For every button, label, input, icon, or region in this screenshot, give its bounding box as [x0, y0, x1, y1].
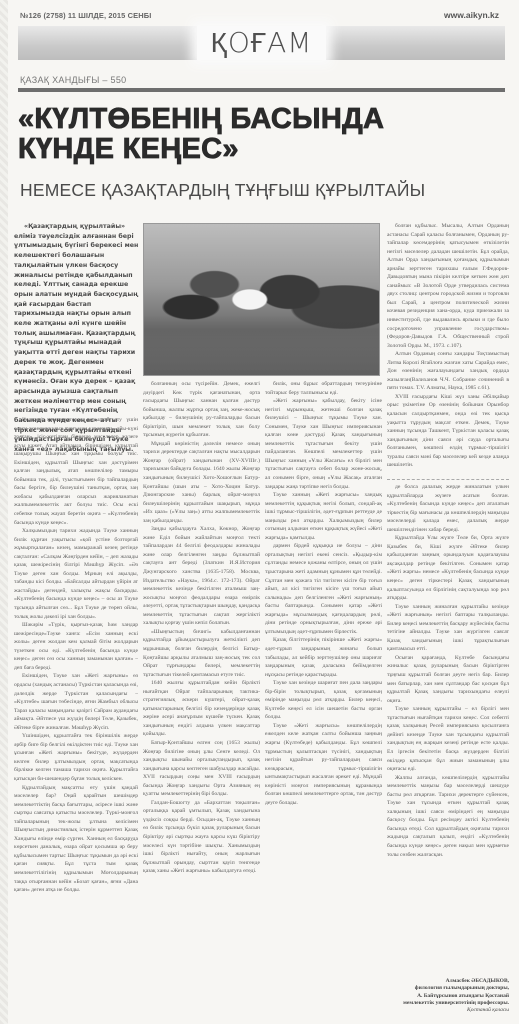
author-city: Қостанай қаласы	[349, 1007, 509, 1014]
paragraph: Жалпы алғанда, көшпелілердің құрылтайы м…	[387, 774, 509, 859]
paragraph: болғанның осы түсірейін. Демек, ежелгі д…	[143, 380, 260, 440]
text-column-1: Көшпелі мемлекеттерде құрылтай өту үшін …	[14, 416, 138, 1014]
author-degree: филология ғылымдарының докторы,	[349, 985, 509, 992]
issue-info: №126 (2758) 11 ШІЛДЕ, 2015 СЕНБІ	[20, 11, 151, 20]
author-position: А. Байтұрсынов атындағы Қостанай	[349, 993, 509, 1000]
paragraph: Шәкәрім «Түрік, қырғыз-қазақ һәм хандар …	[14, 621, 138, 672]
section-title: ҚОҒАМ	[197, 26, 327, 60]
page-header: №126 (2758) 11 ШІЛДЕ, 2015 СЕНБІ www.aik…	[20, 8, 499, 22]
rubric-label: ҚАЗАҚ ХАНДЫҒЫ – 550	[20, 75, 126, 85]
paragraph: Батыр-Қонтайшы өлген соң (1653 жылы) Жоң…	[143, 739, 260, 799]
battle-painting-image	[143, 223, 380, 376]
paragraph: Екіншіден, Тәуке хан «Жеті жарғыны» өз о…	[14, 672, 138, 732]
paragraph: Тәуке «Жеті жарғысы» көшпелілердің ежелд…	[265, 722, 382, 807]
text-column-4-bottom: де болса далалық жерде жиналатын үлкен қ…	[387, 483, 509, 965]
paragraph: Галдан-Бошогту да «Бархаттан тоқылған» о…	[143, 799, 260, 876]
paragraph: Алтын Орданың сонғы хандары Тоқтамыстың …	[387, 350, 509, 393]
paragraph: Тәуке ханның жиналған құрылтайы кезінде …	[387, 603, 509, 654]
text-column-4-top: болған құбылыс. Мысалы, Алтын Орданың ас…	[387, 222, 509, 477]
paragraph: Тәуке ханның құрылтайы – ел бірлігі мен …	[387, 705, 509, 773]
paragraph: билік, оны бұрыс обраттардың тегеурініне…	[265, 380, 382, 397]
left-border-ornament	[0, 0, 8, 1024]
paragraph: Үшіншіден, құрылтайға тек біріншілік жер…	[14, 732, 138, 783]
paragraph: Тәуке ханның «Жеті жарғысы» хандық мемле…	[265, 491, 382, 542]
rubric-rule	[18, 88, 505, 92]
paragraph: Құрылтайда Ұлы жүзге Төле би, Орта жүзге…	[387, 534, 509, 602]
paragraph: Халқымыздың тарихи жадында Тәуке ханның …	[14, 527, 138, 621]
paragraph: Көшпелі мемлекеттерде құрылтай өту үшін …	[14, 416, 138, 527]
text-column-2: болғанның осы түсірейін. Демек, ежелгі д…	[143, 380, 260, 1014]
paragraph: де болса далалық жерде жиналатын үлкен қ…	[387, 483, 509, 534]
paragraph: Заңды қабылдауға Халха, Көкнор, Жоңғар ж…	[143, 525, 260, 628]
paragraph: Мұндай көріністің дәлелін немесе оның та…	[143, 440, 260, 525]
section-band: ҚОҒАМ	[18, 26, 505, 60]
article-headline: «КҮЛТӨБЕНІҢ БАСЫНДА КҮНДЕ КЕҢЕС»	[18, 104, 458, 164]
text-column-3: билік, оны бұрыс обраттардың тегеурініне…	[265, 380, 382, 1014]
column-divider	[387, 479, 509, 480]
paragraph: «Жеті жарғыны» қабылдау, бекіту ісіне не…	[265, 397, 382, 491]
paragraph: Қазақ білгіттерінің пікірінше «Жеті жарғ…	[265, 636, 382, 679]
paragraph: Осыған қарағанда, Күлтөбе басындағы жина…	[387, 654, 509, 705]
website-link[interactable]: www.aikyn.kz	[444, 10, 499, 20]
paragraph: Құрылтайдың мақсатты өту үшін қандай мәс…	[14, 784, 138, 895]
paragraph: XVIII ғасырдағы Кіші жүз ханы Әбілқайыр …	[387, 393, 509, 470]
paragraph: дармен бірдей құқыққа ие болуы – діни ор…	[265, 542, 382, 636]
paragraph: «Шыңғыстың бичигі» кабылданғаннан құрылт…	[143, 628, 260, 679]
paragraph: Тәуке хан кезінде шариғат пен дала заңда…	[265, 679, 382, 722]
article-subheadline: НЕМЕСЕ ҚАЗАҚТАРДЫҢ ТҰҢҒЫШ ҚҰРЫЛТАЙЫ	[20, 180, 425, 201]
paragraph: 1640 жылғы құрылтайдан кейін бірлікті ны…	[143, 679, 260, 739]
paragraph: болған құбылыс. Мысалы, Алтын Орданың ас…	[387, 222, 509, 350]
author-signature: Алмасбек ӘБСАДЫКОВ, филология ғылымдарын…	[349, 978, 509, 1014]
